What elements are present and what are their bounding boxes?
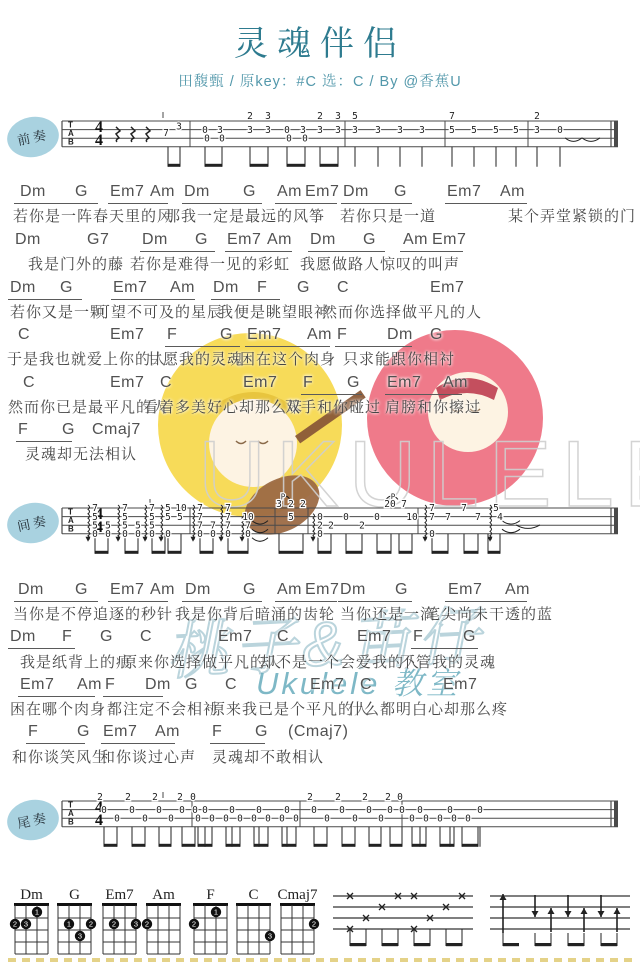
chord-label: C — [18, 326, 30, 344]
text-layer: 灵魂伴侣 田馥甄 / 原key：#C 选：C / By @香蕉U DmGEm7A… — [0, 0, 640, 973]
chord-label: Am — [155, 723, 180, 741]
chord-label: F — [62, 628, 72, 646]
chord-measure-underline — [335, 346, 412, 347]
chord-measure-underline — [211, 299, 280, 300]
chord-label: F — [257, 279, 267, 297]
chord-label: Cmaj7 — [92, 421, 141, 439]
chord-label: Dm — [18, 581, 44, 599]
chord-label: Dm — [387, 326, 413, 344]
lyric-segment: 和你谈笑风生 — [12, 746, 108, 767]
chord-label: Am — [170, 279, 195, 297]
chord-label: Em7 — [110, 581, 144, 599]
chord-measure-underline — [165, 346, 240, 347]
chord-label: G — [75, 183, 88, 201]
chord-measure-underline — [14, 203, 98, 204]
chord-label: Em7 — [443, 676, 477, 694]
lyric-segment: 可望不可及的星辰 — [95, 301, 223, 322]
chord-label: G7 — [87, 231, 109, 249]
chord-label: G — [347, 374, 360, 392]
chord-measure-underline — [225, 251, 292, 252]
chord-measure-underline — [140, 251, 215, 252]
chord-label: Em7 — [357, 628, 391, 646]
chord-label: Em7 — [243, 374, 277, 392]
chord-label: Dm — [185, 581, 211, 599]
chord-label: Dm — [142, 231, 168, 249]
lyric-segment: 我便是眺望眼神 — [218, 301, 330, 322]
lyric-segment: 灵魂却不敢相认 — [212, 746, 324, 767]
chord-label: Em7 — [110, 183, 144, 201]
chord-label: Em7 — [110, 374, 144, 392]
lyric-segment: 肩膀和你擦过 — [385, 396, 481, 417]
lyric-segment: 原来我已是个平凡的人 — [210, 698, 370, 719]
chord-label: F — [303, 374, 313, 392]
chord-label: Em7 — [448, 581, 482, 599]
chord-measure-underline — [18, 696, 95, 697]
chord-label: Em7 — [447, 183, 481, 201]
lyric-segment: 那我一定是最远的风筝 — [165, 205, 325, 226]
chord-label: Am — [150, 581, 175, 599]
lyric-segment: 若你又是一颗 — [10, 301, 106, 322]
chord-label: G — [243, 581, 256, 599]
lyric-segment: 困在这个肉身 — [240, 348, 336, 369]
chord-label: Em7 — [218, 628, 252, 646]
chord-label: Am — [150, 183, 175, 201]
chord-label: Dm — [213, 279, 239, 297]
chord-measure-underline — [445, 203, 527, 204]
lyric-segment: 若你是一阵春天里的风 — [13, 205, 173, 226]
chord-label: Dm — [340, 581, 366, 599]
lyric-segment: 灵魂却无法相认 — [25, 443, 137, 464]
chord-label: F — [28, 723, 38, 741]
lyric-segment: 却不是一个会爱我的人 — [260, 651, 420, 672]
chord-label: Dm — [10, 279, 36, 297]
chord-label: F — [167, 326, 177, 344]
chord-label: Am — [500, 183, 525, 201]
chord-label: C — [140, 628, 152, 646]
chord-label: Am — [443, 374, 468, 392]
lyric-segment: 看着多美好心却那么笨 — [143, 396, 303, 417]
chord-label: F — [212, 723, 222, 741]
chord-label: G — [185, 676, 198, 694]
lyric-segment: 和你谈过心声 — [100, 746, 196, 767]
chord-label: C — [360, 676, 372, 694]
chord-label: Am — [505, 581, 530, 599]
chord-label: Em7 — [310, 676, 344, 694]
chord-label: Em7 — [20, 676, 54, 694]
chord-label: Dm — [343, 183, 369, 201]
chord-label: G — [463, 628, 476, 646]
lyric-segment: 困在哪个肉身 — [10, 698, 106, 719]
lyric-segment: 当你是不停追逐的秒针 — [13, 603, 173, 624]
chord-label: C — [23, 374, 35, 392]
chord-measure-underline — [101, 743, 175, 744]
chord-label: Am — [267, 231, 292, 249]
chord-measure-underline — [108, 203, 168, 204]
lyric-segment: 笔尖尚未干透的蓝 — [425, 603, 553, 624]
chord-measure-underline — [301, 394, 362, 395]
chord-label: F — [105, 676, 115, 694]
chord-measure-underline — [111, 299, 195, 300]
chord-measure-underline — [275, 601, 337, 602]
chord-label: Em7 — [110, 326, 144, 344]
lyric-segment: 只求能跟你相衬 — [343, 348, 455, 369]
lyric-segment: 若你只是一道 — [340, 205, 436, 226]
lyric-segment: 若你是难得一见的彩虹 — [130, 253, 290, 274]
chord-label: G — [394, 183, 407, 201]
chord-label: G — [195, 231, 208, 249]
chord-label: C — [277, 628, 289, 646]
chord-measure-underline — [411, 648, 478, 649]
chord-label: G — [363, 231, 376, 249]
chord-measure-underline — [108, 601, 168, 602]
chord-measure-underline — [14, 601, 98, 602]
lyric-segment: 原来你选择做平凡的人 — [122, 651, 282, 672]
chord-label: G — [100, 628, 113, 646]
chord-measure-underline — [275, 203, 337, 204]
chord-measure-underline — [245, 346, 330, 347]
lyric-segment: 于是我也就爱上你的人 — [7, 348, 167, 369]
lyric-segment: 不管我的灵魂 — [400, 651, 496, 672]
chord-measure-underline — [400, 251, 463, 252]
chord-label: G — [60, 279, 73, 297]
chord-label: Dm — [145, 676, 171, 694]
chord-label: C — [337, 279, 349, 297]
lyric-segment: 我是门外的藤 — [28, 253, 124, 274]
lyric-segment: 我愿做路人惊叹的叫声 — [300, 253, 460, 274]
chord-label: Em7 — [227, 231, 261, 249]
lyric-segment: 双手和你碰过 — [285, 396, 381, 417]
chord-label: F — [337, 326, 347, 344]
chord-measure-underline — [445, 601, 527, 602]
chord-label: Em7 — [247, 326, 281, 344]
chord-measure-underline — [341, 203, 412, 204]
lyric-segment: 我是你背后暗涌的齿轮 — [175, 603, 335, 624]
chord-label: G — [243, 183, 256, 201]
chord-measure-underline — [16, 441, 72, 442]
chord-label: G — [395, 581, 408, 599]
chord-label: Dm — [20, 183, 46, 201]
chord-label: (Cmaj7) — [288, 723, 348, 741]
lyric-segment: 某个弄堂紧锁的门 — [508, 205, 636, 226]
chord-label: Em7 — [387, 374, 421, 392]
page-title: 灵魂伴侣 — [0, 16, 640, 65]
chord-label: Em7 — [113, 279, 147, 297]
chord-measure-underline — [8, 648, 75, 649]
chord-measure-underline — [26, 743, 85, 744]
lyric-segment: 我是纸背上的痕 — [20, 651, 132, 672]
chord-label: Em7 — [430, 279, 464, 297]
chord-measure-underline — [182, 203, 262, 204]
lyric-segment: 当你还是一滴 — [340, 603, 436, 624]
chord-label: Em7 — [432, 231, 466, 249]
song-sheet: UKULELE 桃子&苗仔 Ukulele 教室 TAB447303002333… — [0, 0, 640, 973]
chord-measure-underline — [210, 743, 265, 744]
chord-label: F — [413, 628, 423, 646]
lyric-segment: 都注定不会相衬 — [107, 698, 219, 719]
chord-label: G — [255, 723, 268, 741]
chord-label: Am — [307, 326, 332, 344]
chord-label: Em7 — [305, 581, 339, 599]
chord-measure-underline — [385, 394, 462, 395]
chord-label: C — [225, 676, 237, 694]
chord-measure-underline — [182, 601, 262, 602]
chord-label: Am — [77, 676, 102, 694]
page-subtitle: 田馥甄 / 原key：#C 选：C / By @香蕉U — [0, 70, 640, 91]
chord-label: Em7 — [305, 183, 339, 201]
chord-label: Dm — [10, 628, 36, 646]
chord-label: G — [62, 421, 75, 439]
chord-label: Dm — [310, 231, 336, 249]
chord-label: G — [297, 279, 310, 297]
chord-label: F — [18, 421, 28, 439]
chord-measure-underline — [103, 696, 163, 697]
chord-label: Dm — [184, 183, 210, 201]
chord-label: G — [75, 581, 88, 599]
chord-label: G — [220, 326, 233, 344]
lyric-segment: 什么都明白心却那么疼 — [348, 698, 508, 719]
chord-label: Am — [403, 231, 428, 249]
lyric-segment: 然而你选择做平凡的人 — [322, 301, 482, 322]
chord-label: Em7 — [103, 723, 137, 741]
chord-label: C — [160, 374, 172, 392]
chord-measure-underline — [338, 601, 412, 602]
chord-label: Am — [277, 183, 302, 201]
chord-label: Dm — [15, 231, 41, 249]
chord-measure-underline — [308, 251, 385, 252]
chord-label: G — [430, 326, 443, 344]
chord-label: Am — [277, 581, 302, 599]
lyric-segment: 甘愿我的灵魂 — [147, 348, 243, 369]
chord-measure-underline — [8, 299, 82, 300]
chord-label: G — [77, 723, 90, 741]
